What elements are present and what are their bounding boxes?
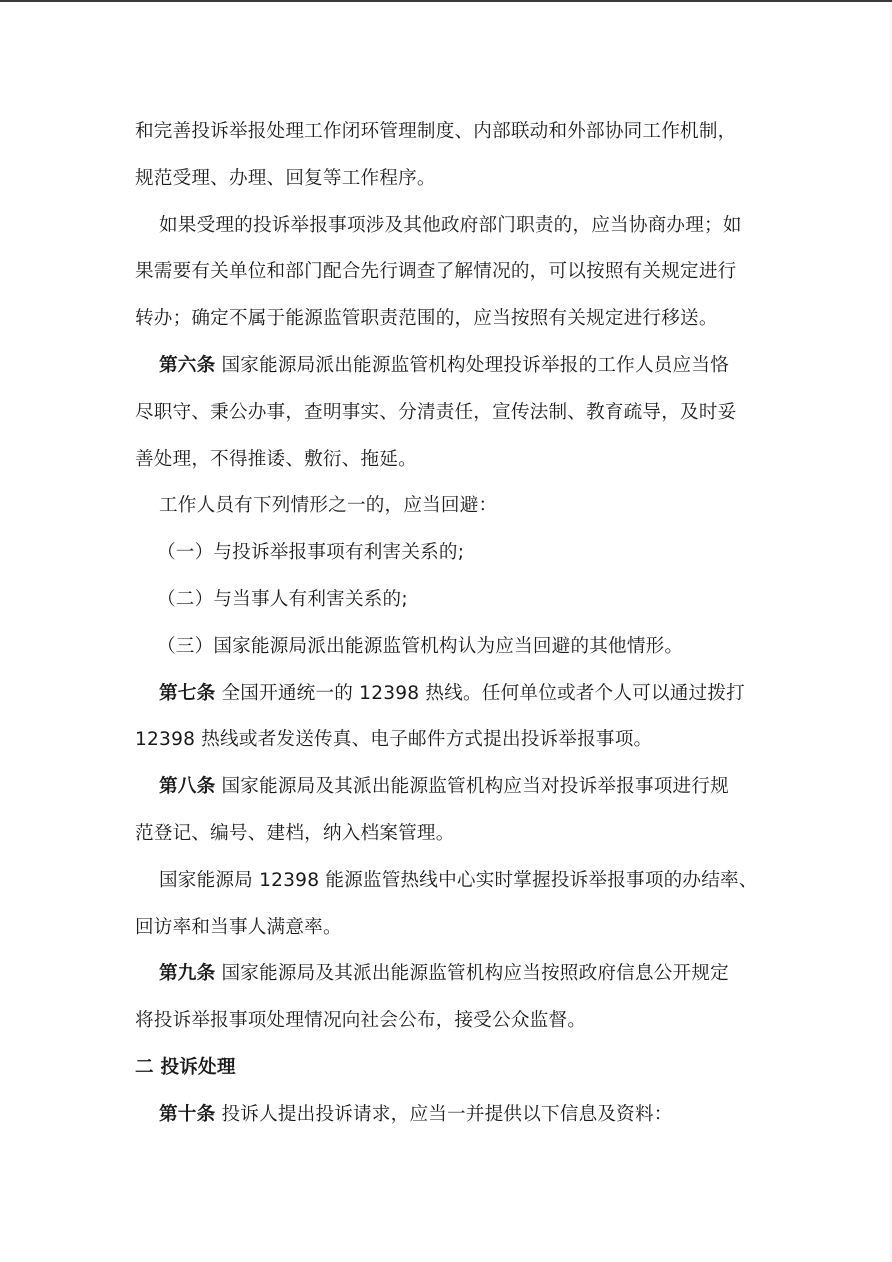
paragraph-line: 果需要有关单位和部门配合先行调查了解情况的，可以按照有关规定进行 <box>135 258 760 305</box>
section-heading: 二 投诉处理 <box>135 1054 760 1101</box>
article-10-line: 第十条 投诉人提出投诉请求，应当一并提供以下信息及资料： <box>135 1101 760 1148</box>
paragraph-line: 和完善投诉举报处理工作闭环管理制度、内部联动和外部协同工作机制， <box>135 118 760 165</box>
article-text: 全国开通统一的 12398 热线。任何单位或者个人可以通过拨打 <box>215 683 745 704</box>
article-6-line: 第六条 国家能源局派出能源监管机构处理投诉举报的工作人员应当恪 <box>135 352 760 399</box>
paragraph-line: 善处理，不得推诿、敷衍、拖延。 <box>135 446 760 493</box>
paragraph-line: 12398 热线或者发送传真、电子邮件方式提出投诉举报事项。 <box>135 726 760 773</box>
article-text: 投诉人提出投诉请求，应当一并提供以下信息及资料： <box>215 1104 672 1125</box>
article-label: 第十条 <box>159 1104 215 1125</box>
list-item: （二）与当事人有利害关系的; <box>135 586 760 633</box>
paragraph-line: 回访率和当事人满意率。 <box>135 914 760 961</box>
paragraph-line: 将投诉举报事项处理情况向社会公布，接受公众监督。 <box>135 1007 760 1054</box>
document-page: 和完善投诉举报处理工作闭环管理制度、内部联动和外部协同工作机制， 规范受理、办理… <box>135 118 760 1148</box>
article-label: 第八条 <box>159 776 215 797</box>
paragraph-line: 转办；确定不属于能源监管职责范围的，应当按照有关规定进行移送。 <box>135 305 760 352</box>
article-label: 第九条 <box>159 963 215 984</box>
article-text: 国家能源局派出能源监管机构处理投诉举报的工作人员应当恪 <box>215 355 729 376</box>
page-top-border <box>0 0 892 2</box>
paragraph-line: 如果受理的投诉举报事项涉及其他政府部门职责的，应当协商办理；如 <box>135 212 760 259</box>
article-label: 第六条 <box>159 355 215 376</box>
paragraph-line: 范登记、编号、建档，纳入档案管理。 <box>135 820 760 867</box>
list-item: （一）与投诉举报事项有利害关系的; <box>135 539 760 586</box>
paragraph-line: 国家能源局 12398 能源监管热线中心实时掌握投诉举报事项的办结率、 <box>135 867 760 914</box>
list-item: （三）国家能源局派出能源监管机构认为应当回避的其他情形。 <box>135 633 760 680</box>
paragraph-line: 尽职守、秉公办事，查明事实、分清责任，宣传法制、教育疏导，及时妥 <box>135 399 760 446</box>
article-9-line: 第九条 国家能源局及其派出能源监管机构应当按照政府信息公开规定 <box>135 960 760 1007</box>
article-7-line: 第七条 全国开通统一的 12398 热线。任何单位或者个人可以通过拨打 <box>135 680 760 727</box>
article-label: 第七条 <box>159 683 215 704</box>
paragraph-line: 工作人员有下列情形之一的，应当回避： <box>135 492 760 539</box>
article-text: 国家能源局及其派出能源监管机构应当对投诉举报事项进行规 <box>215 776 729 797</box>
paragraph-line: 规范受理、办理、回复等工作程序。 <box>135 165 760 212</box>
article-8-line: 第八条 国家能源局及其派出能源监管机构应当对投诉举报事项进行规 <box>135 773 760 820</box>
article-text: 国家能源局及其派出能源监管机构应当按照政府信息公开规定 <box>215 963 729 984</box>
